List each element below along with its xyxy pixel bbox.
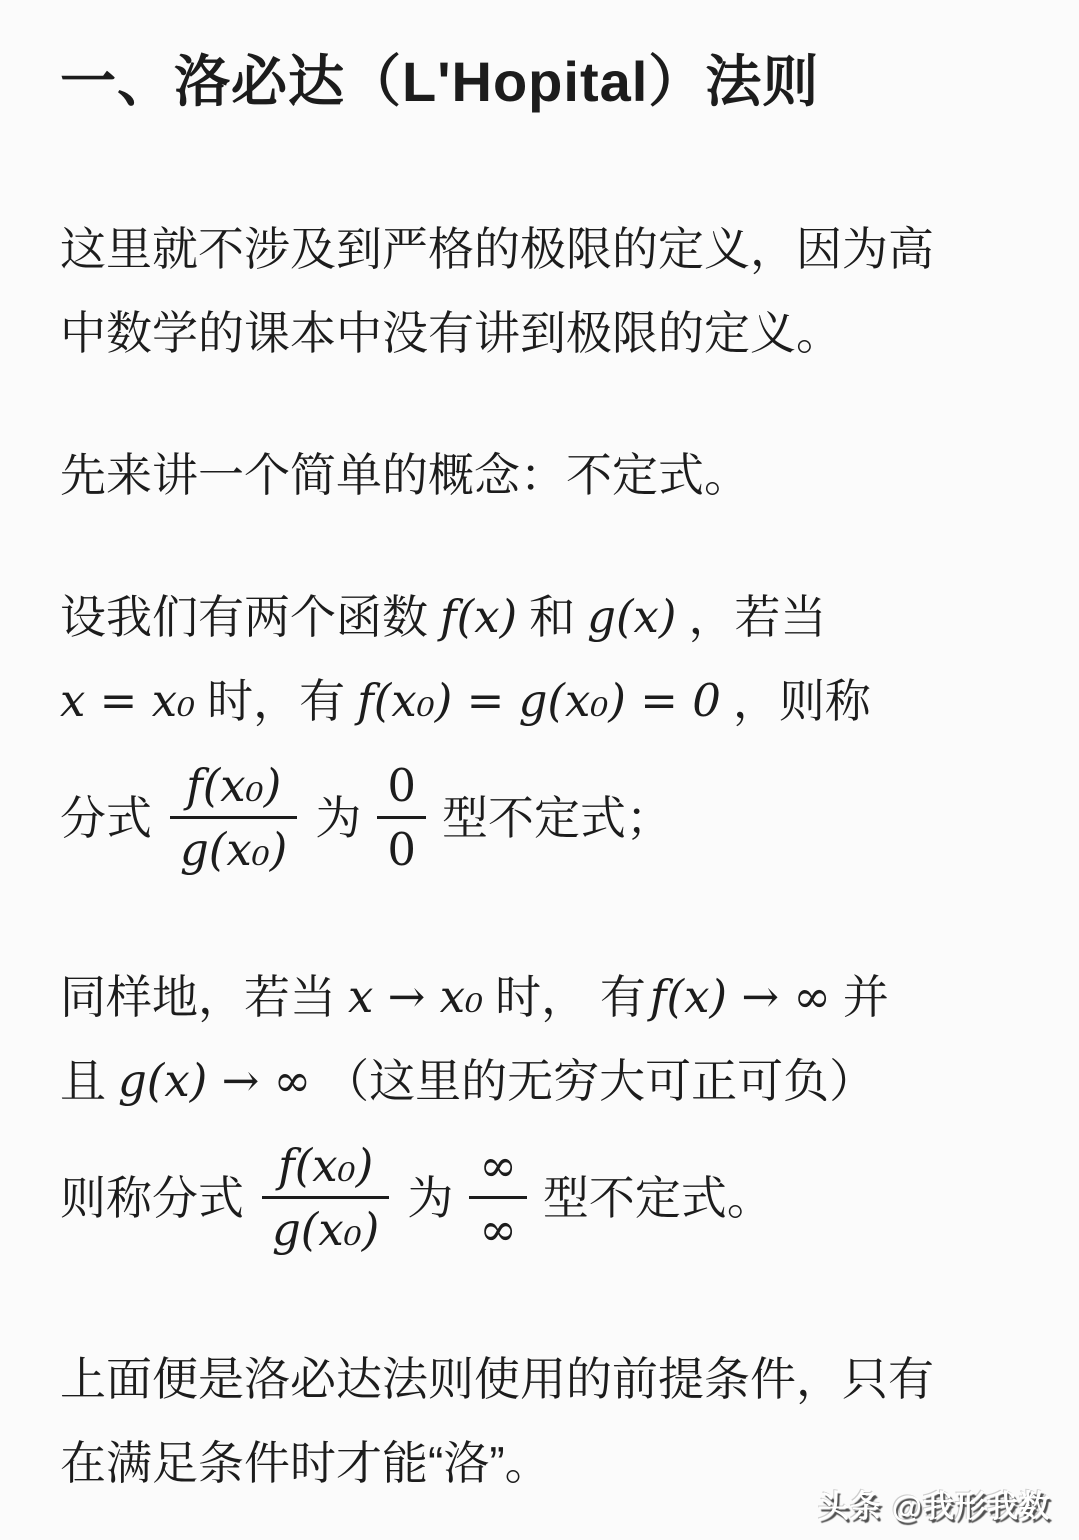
text-line: 中数学的课本中没有讲到极限的定义。 bbox=[60, 291, 1021, 375]
fraction-zero-over-zero: 0 0 bbox=[377, 761, 426, 875]
text-segment: 和 bbox=[529, 575, 575, 659]
text-segment: 则称分式 bbox=[60, 1156, 244, 1240]
fraction-numerator: f(x₀) bbox=[176, 761, 291, 815]
text-segment: （这里的无穷大可正可负） bbox=[323, 1039, 875, 1123]
fraction-denominator: g(x₀) bbox=[170, 816, 297, 875]
text-line: x = x₀ 时，有 f(x₀) = g(x₀) = 0 ，则称 bbox=[60, 659, 1021, 743]
section-title: 一、洛必达（L'Hopital）法则 bbox=[60, 0, 1021, 115]
text-segment: ，则称 bbox=[733, 659, 871, 743]
math-inline-gx: g(x) bbox=[587, 575, 676, 659]
formula-line: 则称分式 f(x₀) g(x₀) 为 ∞ ∞ 型不定式。 bbox=[60, 1123, 1021, 1273]
math-inline-fx: f(x) bbox=[440, 575, 517, 659]
text-segment: 时，有 bbox=[207, 659, 345, 743]
text-segment: 时， 有 bbox=[495, 955, 646, 1039]
fraction-numerator: 0 bbox=[377, 761, 426, 815]
text-segment: 且 bbox=[60, 1039, 106, 1123]
text-segment: 设我们有两个函数 bbox=[60, 575, 428, 659]
text-line: 设我们有两个函数 f(x) 和 g(x) ，若当 bbox=[60, 575, 1021, 659]
fraction-inf-over-inf: ∞ ∞ bbox=[469, 1141, 527, 1255]
fraction-denominator: 0 bbox=[377, 816, 426, 875]
paragraph-conclusion: 上面便是洛必达法则使用的前提条件，只有 在满足条件时才能“洛”。 bbox=[60, 1337, 1021, 1505]
text-line: 上面便是洛必达法则使用的前提条件，只有 bbox=[60, 1337, 1021, 1421]
paragraph-zero-indeterminate: 设我们有两个函数 f(x) 和 g(x) ，若当 x = x₀ 时，有 f(x₀… bbox=[60, 575, 1021, 893]
paragraph-intro: 这里就不涉及到严格的极限的定义，因为高 中数学的课本中没有讲到极限的定义。 bbox=[60, 207, 1021, 375]
text-line: 同样地，若当 x → x₀ 时， 有 f(x) → ∞ 并 bbox=[60, 955, 1021, 1039]
math-inline-f-to-inf: f(x) → ∞ bbox=[650, 955, 831, 1039]
text-segment: 同样地，若当 bbox=[60, 955, 336, 1039]
formula-line: 分式 f(x₀) g(x₀) 为 0 0 型不定式； bbox=[60, 743, 1021, 893]
text-segment: 分式 bbox=[60, 776, 152, 860]
math-inline-f-equals-g: f(x₀) = g(x₀) = 0 bbox=[357, 659, 721, 743]
math-inline-x-equals: x = x₀ bbox=[60, 659, 195, 743]
fraction-denominator: g(x₀) bbox=[262, 1196, 389, 1255]
paragraph-concept: 先来讲一个简单的概念：不定式。 bbox=[60, 433, 1021, 517]
text-segment: ，若当 bbox=[688, 575, 826, 659]
fraction-denominator: ∞ bbox=[469, 1196, 527, 1255]
fraction-fg: f(x₀) g(x₀) bbox=[262, 1141, 389, 1255]
text-segment: 为 bbox=[315, 776, 361, 860]
text-segment: 为 bbox=[407, 1156, 453, 1240]
paragraph-infinity-indeterminate: 同样地，若当 x → x₀ 时， 有 f(x) → ∞ 并 且 g(x) → ∞… bbox=[60, 955, 1021, 1273]
fraction-numerator: f(x₀) bbox=[268, 1141, 383, 1195]
text-segment: 型不定式； bbox=[442, 776, 672, 860]
watermark: 头条 @我形我数 bbox=[818, 1481, 1051, 1526]
text-line: 且 g(x) → ∞ （这里的无穷大可正可负） bbox=[60, 1039, 1021, 1123]
text-line: 这里就不涉及到严格的极限的定义，因为高 bbox=[60, 207, 1021, 291]
article-page: 一、洛必达（L'Hopital）法则 这里就不涉及到严格的极限的定义，因为高 中… bbox=[0, 0, 1079, 1540]
text-segment: 并 bbox=[843, 955, 889, 1039]
fraction-fg: f(x₀) g(x₀) bbox=[170, 761, 297, 875]
text-line: 先来讲一个简单的概念：不定式。 bbox=[60, 433, 1021, 517]
fraction-numerator: ∞ bbox=[469, 1141, 527, 1195]
math-inline-g-to-inf: g(x) → ∞ bbox=[118, 1039, 311, 1123]
text-segment: 型不定式。 bbox=[543, 1156, 773, 1240]
math-inline-x-to-x0: x → x₀ bbox=[348, 955, 483, 1039]
